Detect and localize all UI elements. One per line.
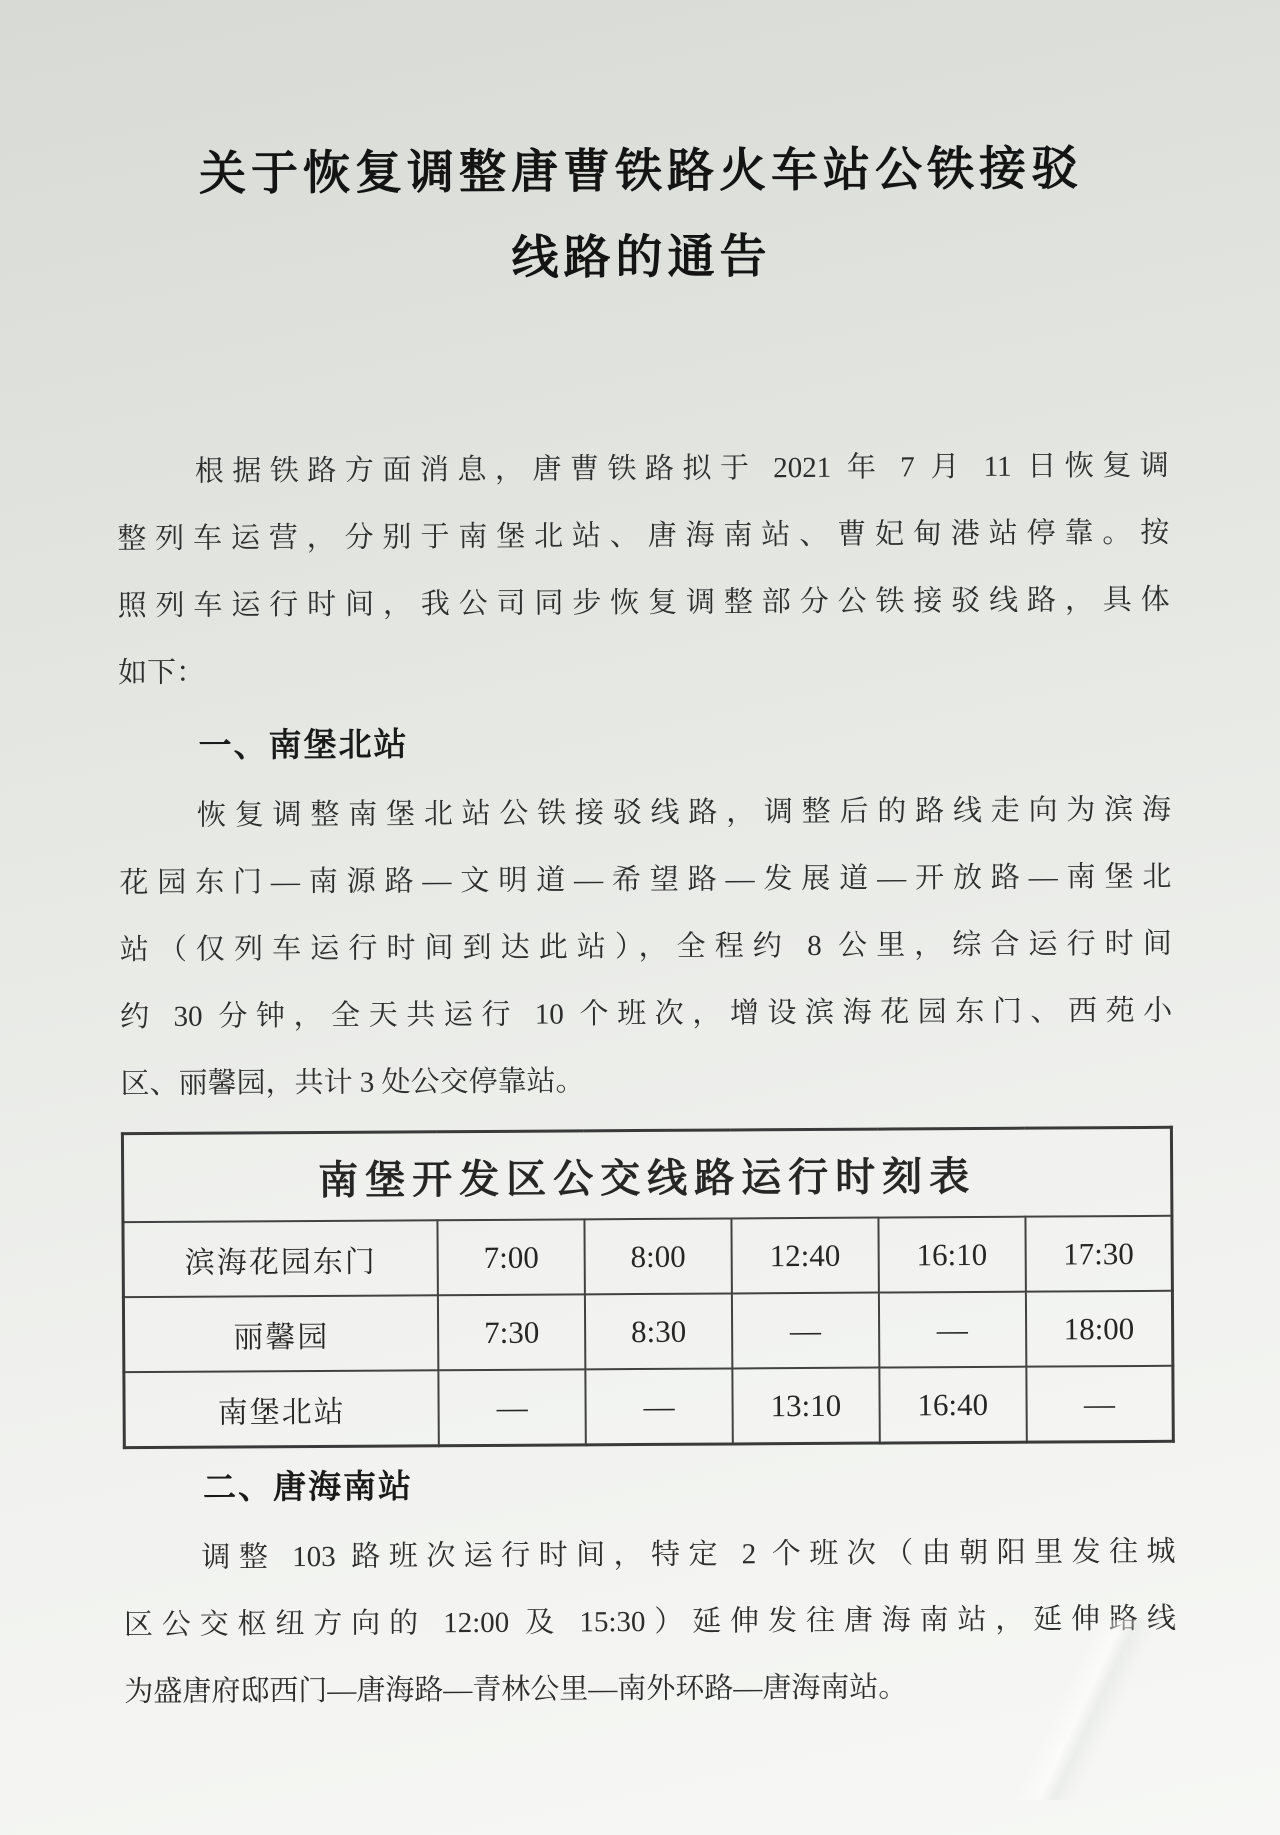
text-line: 如下： — [118, 634, 1170, 707]
text-line: 整列车运营，分别于南堡北站、唐海南站、曹妃甸港站停靠。按 — [117, 500, 1169, 573]
intro-paragraph: 根据铁路方面消息，唐曹铁路拟于 2021 年 7 月 11 日恢复调 整列车运营… — [117, 433, 1171, 707]
timetable-title-row: 南堡开发区公交线路运行时刻表 — [122, 1127, 1172, 1222]
time-cell: — — [1026, 1366, 1173, 1442]
text-line: 区公交枢纽方向的 12:00 及 15:30）延伸发往唐海南站，延伸路线 — [124, 1586, 1176, 1659]
time-cell: — — [439, 1369, 586, 1445]
station-cell: 滨海花园东门 — [123, 1220, 438, 1297]
notice-document: 关于恢复调整唐曹铁路火车站公铁接驳 线路的通告 根据铁路方面消息，唐曹铁路拟于 … — [114, 0, 1177, 1726]
text-line: 站（仅列车运行时间到达此站），全程约 8 公里，综合运行时间 — [120, 911, 1172, 984]
document-title: 关于恢复调整唐曹铁路火车站公铁接驳 线路的通告 — [115, 125, 1168, 303]
time-cell: — — [585, 1368, 732, 1444]
timetable-row: 丽馨园 7:30 8:30 — — 18:00 — [123, 1291, 1172, 1372]
title-line-1: 关于恢复调整唐曹铁路火车站公铁接驳 — [115, 125, 1168, 217]
time-cell: 17:30 — [1025, 1216, 1172, 1292]
time-cell: — — [732, 1293, 879, 1369]
text-line: 为盛唐府邸西门—唐海路—青林公里—南外环路—唐海南站。 — [124, 1653, 1176, 1726]
timetable-title: 南堡开发区公交线路运行时刻表 — [122, 1127, 1172, 1222]
text-line: 区、丽馨园，共计 3 处公交停靠站。 — [120, 1045, 1172, 1118]
time-cell: 16:40 — [879, 1367, 1026, 1443]
time-cell: 8:30 — [585, 1293, 732, 1369]
text-line: 约 30 分钟，全天共运行 10 个班次，增设滨海花园东门、西苑小 — [120, 978, 1172, 1051]
bus-timetable: 南堡开发区公交线路运行时刻表 滨海花园东门 7:00 8:00 12:40 16… — [121, 1126, 1175, 1449]
title-line-2: 线路的通告 — [115, 211, 1168, 303]
timetable-row: 南堡北站 — — 13:10 16:40 — — [124, 1366, 1173, 1448]
time-cell: 13:10 — [732, 1368, 879, 1444]
text-line: 根据铁路方面消息，唐曹铁路拟于 2021 年 7 月 11 日恢复调 — [117, 433, 1169, 506]
time-cell: 8:00 — [584, 1218, 731, 1294]
section1-heading: 一、南堡北站 — [118, 706, 1170, 779]
paper-sheet: 关于恢复调整唐曹铁路火车站公铁接驳 线路的通告 根据铁路方面消息，唐曹铁路拟于 … — [0, 0, 1280, 1835]
time-cell: 12:40 — [731, 1218, 878, 1294]
time-cell: 18:00 — [1026, 1291, 1173, 1367]
time-cell: 16:10 — [878, 1217, 1025, 1293]
timetable-row: 滨海花园东门 7:00 8:00 12:40 16:10 17:30 — [123, 1216, 1172, 1297]
section1-paragraph: 恢复调整南堡北站公铁接驳线路，调整后的路线走向为滨海 花园东门—南源路—文明道—… — [119, 777, 1173, 1118]
station-cell: 丽馨园 — [123, 1295, 438, 1372]
section2-heading: 二、唐海南站 — [123, 1448, 1175, 1521]
time-cell: 7:30 — [438, 1294, 585, 1370]
text-line: 花园东门—南源路—文明道—希望路—发展道—开放路—南堡北 — [119, 844, 1171, 917]
text-line: 调整 103 路班次运行时间，特定 2 个班次（由朝阳里发往城 — [123, 1519, 1175, 1592]
text-line: 恢复调整南堡北站公铁接驳线路，调整后的路线走向为滨海 — [119, 777, 1171, 850]
time-cell: 7:00 — [438, 1219, 585, 1295]
station-cell: 南堡北站 — [124, 1370, 439, 1447]
time-cell: — — [879, 1292, 1026, 1368]
section2-paragraph: 调整 103 路班次运行时间，特定 2 个班次（由朝阳里发往城 区公交枢纽方向的… — [123, 1519, 1176, 1726]
text-line: 照列车运行时间，我公司同步恢复调整部分公铁接驳线路，具体 — [117, 567, 1169, 640]
